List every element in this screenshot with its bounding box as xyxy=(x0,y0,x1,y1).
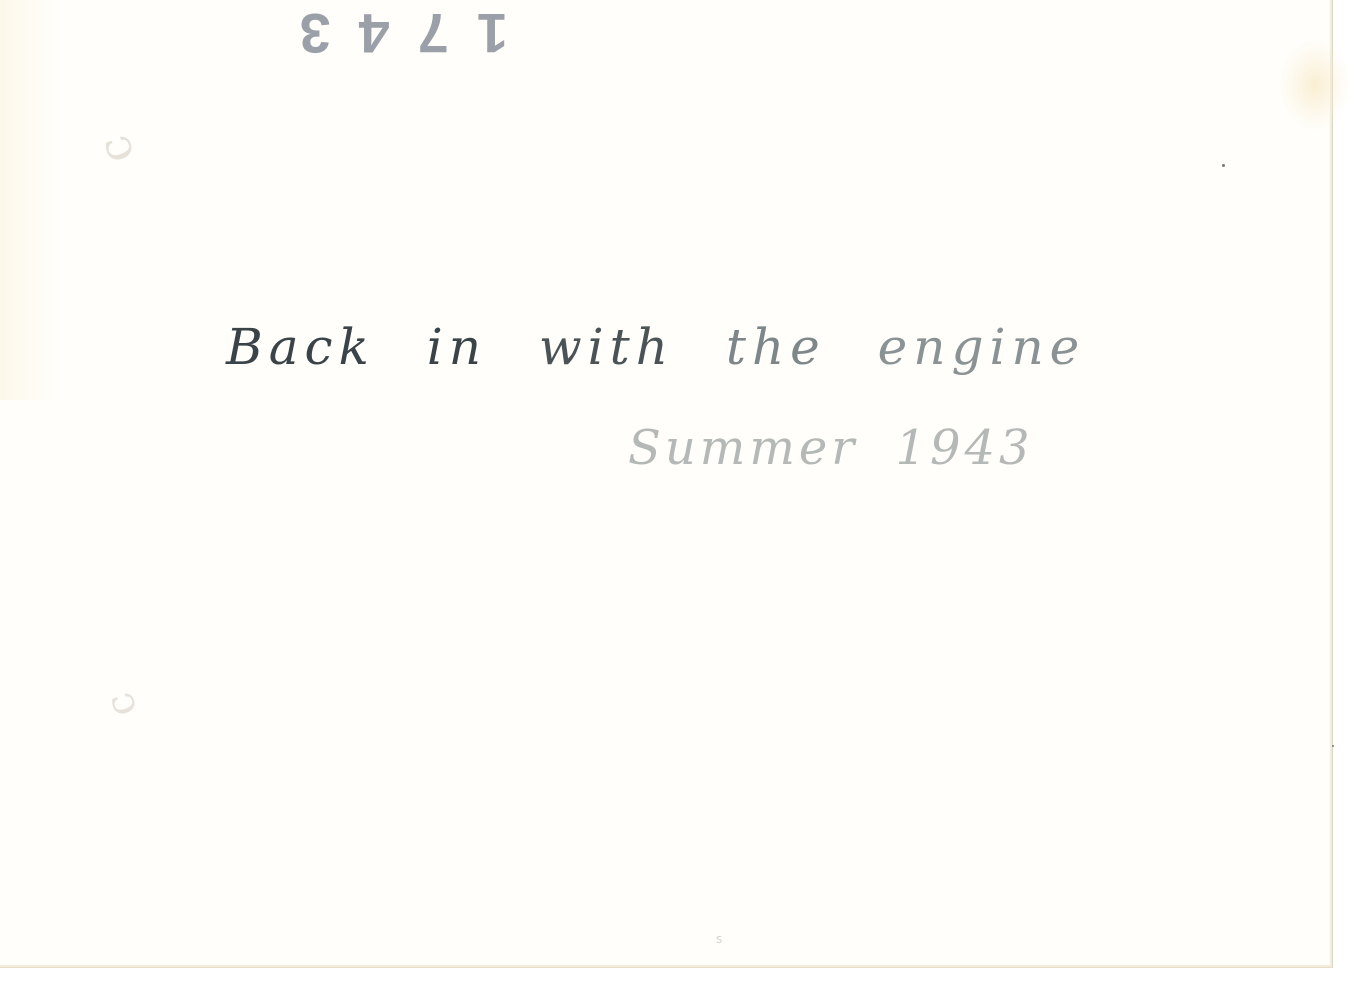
edge-discoloration xyxy=(0,0,60,400)
caption-word: Back xyxy=(226,318,375,376)
caption-word: with xyxy=(539,318,674,376)
dust-speck xyxy=(1332,745,1334,747)
handwritten-date: Summer 1943 xyxy=(628,420,1034,476)
faint-bottom-mark: s xyxy=(716,932,722,946)
dust-speck xyxy=(1222,164,1225,167)
caption-word: in xyxy=(427,318,487,376)
faint-impression-mark: ɔ xyxy=(93,126,153,169)
faint-impression-mark: ɔ xyxy=(101,685,152,722)
caption-word: the xyxy=(726,318,826,376)
stamped-number-upside-down: 1743 xyxy=(278,2,508,64)
handwritten-caption: Back in with the engine xyxy=(226,318,1085,376)
age-stain xyxy=(1280,40,1350,130)
scan-canvas: 1743 ɔ ɔ Back in with the engine Summer … xyxy=(0,0,1358,1003)
photo-back-paper: 1743 ɔ ɔ Back in with the engine Summer … xyxy=(0,0,1333,968)
caption-word: engine xyxy=(878,318,1086,376)
